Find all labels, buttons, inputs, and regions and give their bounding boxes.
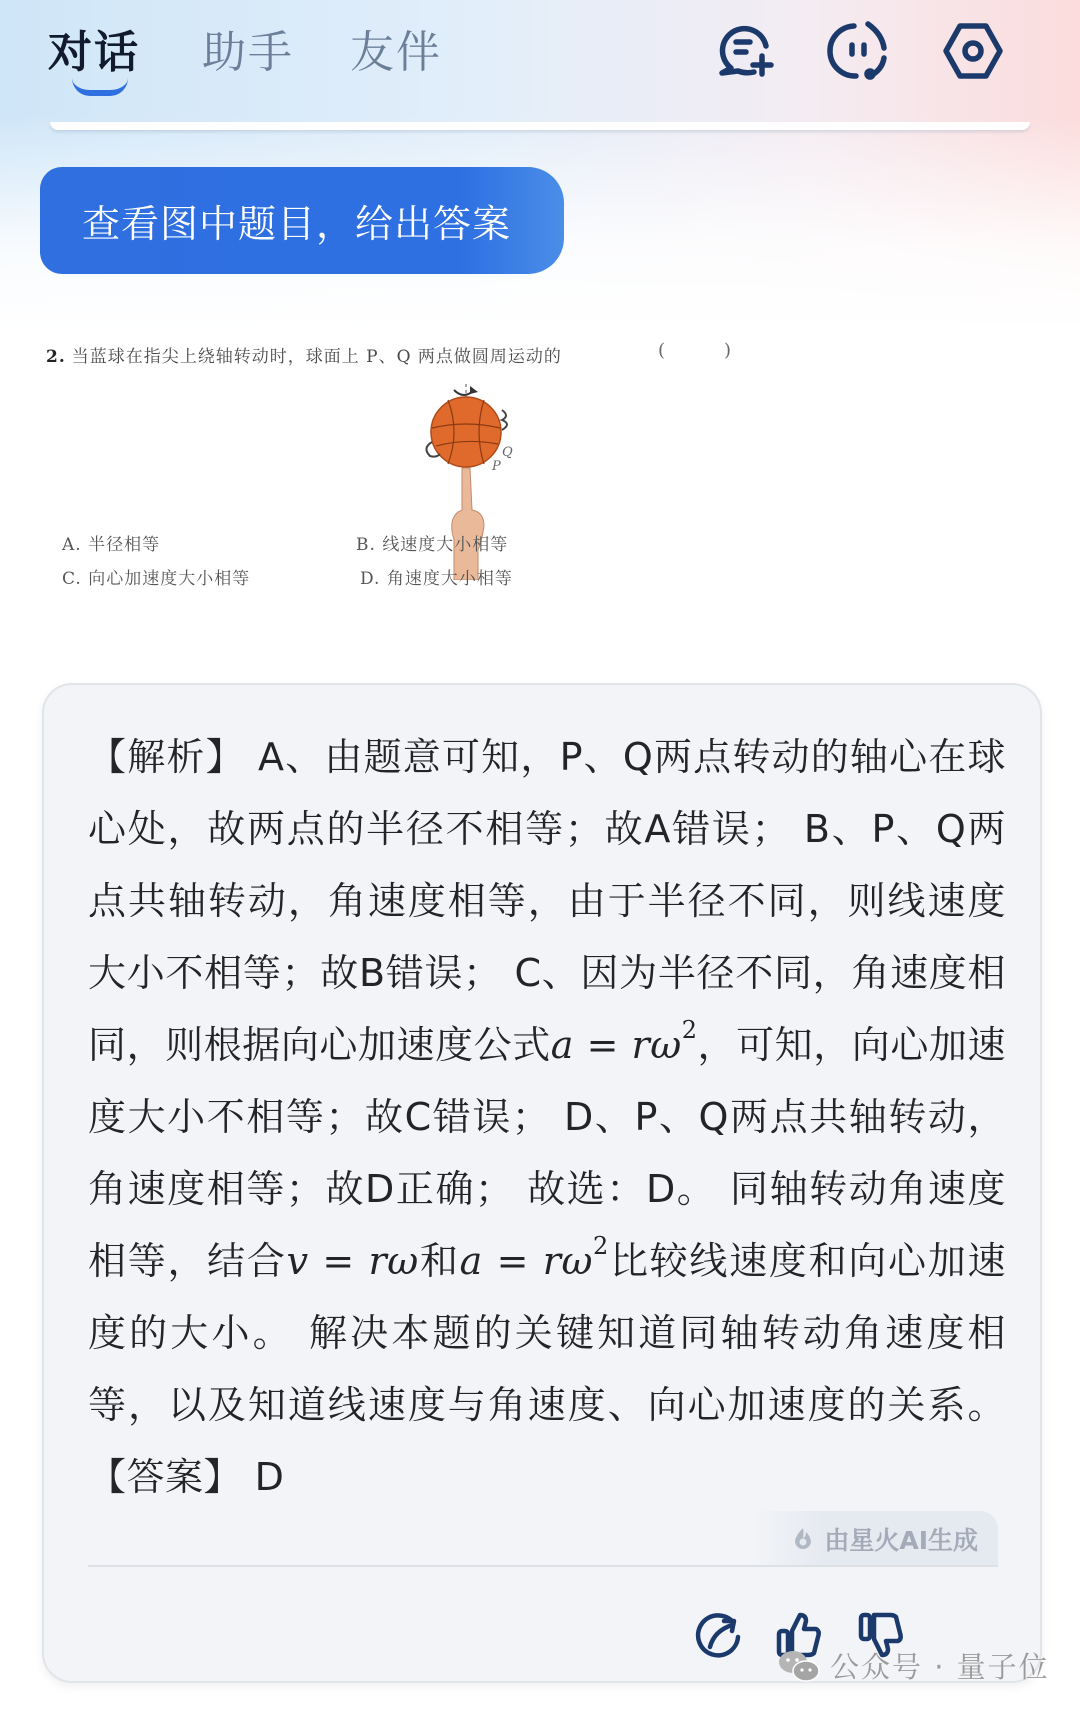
user-message-bubble: 查看图中题目，给出答案 [40,167,564,274]
svg-text:Q: Q [502,445,513,460]
formula-centripetal-2: a = rω2 [460,1239,609,1283]
formula-centripetal: a = rω2 [551,1023,698,1067]
voice-call-icon [826,18,892,84]
question-title: 2.当蓝球在指尖上绕轴转动时，球面上 P、Q 两点做圆周运动的 [46,342,562,367]
new-chat-button[interactable] [714,18,780,84]
answer-paren-open: ( [658,340,665,361]
card-divider [88,1565,998,1567]
option-d: D. 角速度大小相等 [360,564,513,589]
ai-answer-card: 【解析】 A、由题意可知，P、Q两点转动的轴心在球心处，故两点的半径不相等；故A… [42,683,1042,1683]
spark-flame-icon [790,1526,816,1552]
tab-chat[interactable]: 对话 [48,16,140,80]
answer-text: 【解析】 A、由题意可知，P、Q两点转动的轴心在球心处，故两点的半径不相等；故A… [88,721,1006,1513]
new-chat-icon [714,18,780,84]
option-c: C. 向心加速度大小相等 [62,564,250,589]
voice-call-button[interactable] [826,18,892,84]
question-number: 2. [46,347,66,367]
settings-icon [940,18,1006,84]
svg-text:P: P [491,459,501,474]
active-tab-indicator [72,78,128,96]
answer-paren-close: ) [724,340,731,361]
option-b: B. 线速度大小相等 [356,530,508,555]
wechat-watermark: 公众号 · 量子位 [778,1645,1050,1686]
tab-assistant[interactable]: 助手 [202,16,294,80]
ai-generated-badge: 由星火AI生成 [754,1511,998,1567]
settings-button[interactable] [940,18,1006,84]
user-message-text: 查看图中题目，给出答案 [82,193,511,248]
tab-companion[interactable]: 友伴 [350,16,442,80]
share-icon [692,1609,744,1661]
formula-linear-velocity: v = rω [287,1239,419,1283]
top-navigation: 对话 助手 友伴 [0,0,1080,130]
question-image[interactable]: 2.当蓝球在指尖上绕轴转动时，球面上 P、Q 两点做圆周运动的 ( ) Q P … [40,330,902,650]
wechat-icon [778,1649,820,1683]
option-a: A. 半径相等 [62,530,160,555]
share-button[interactable] [692,1609,744,1661]
header-divider [50,122,1030,130]
